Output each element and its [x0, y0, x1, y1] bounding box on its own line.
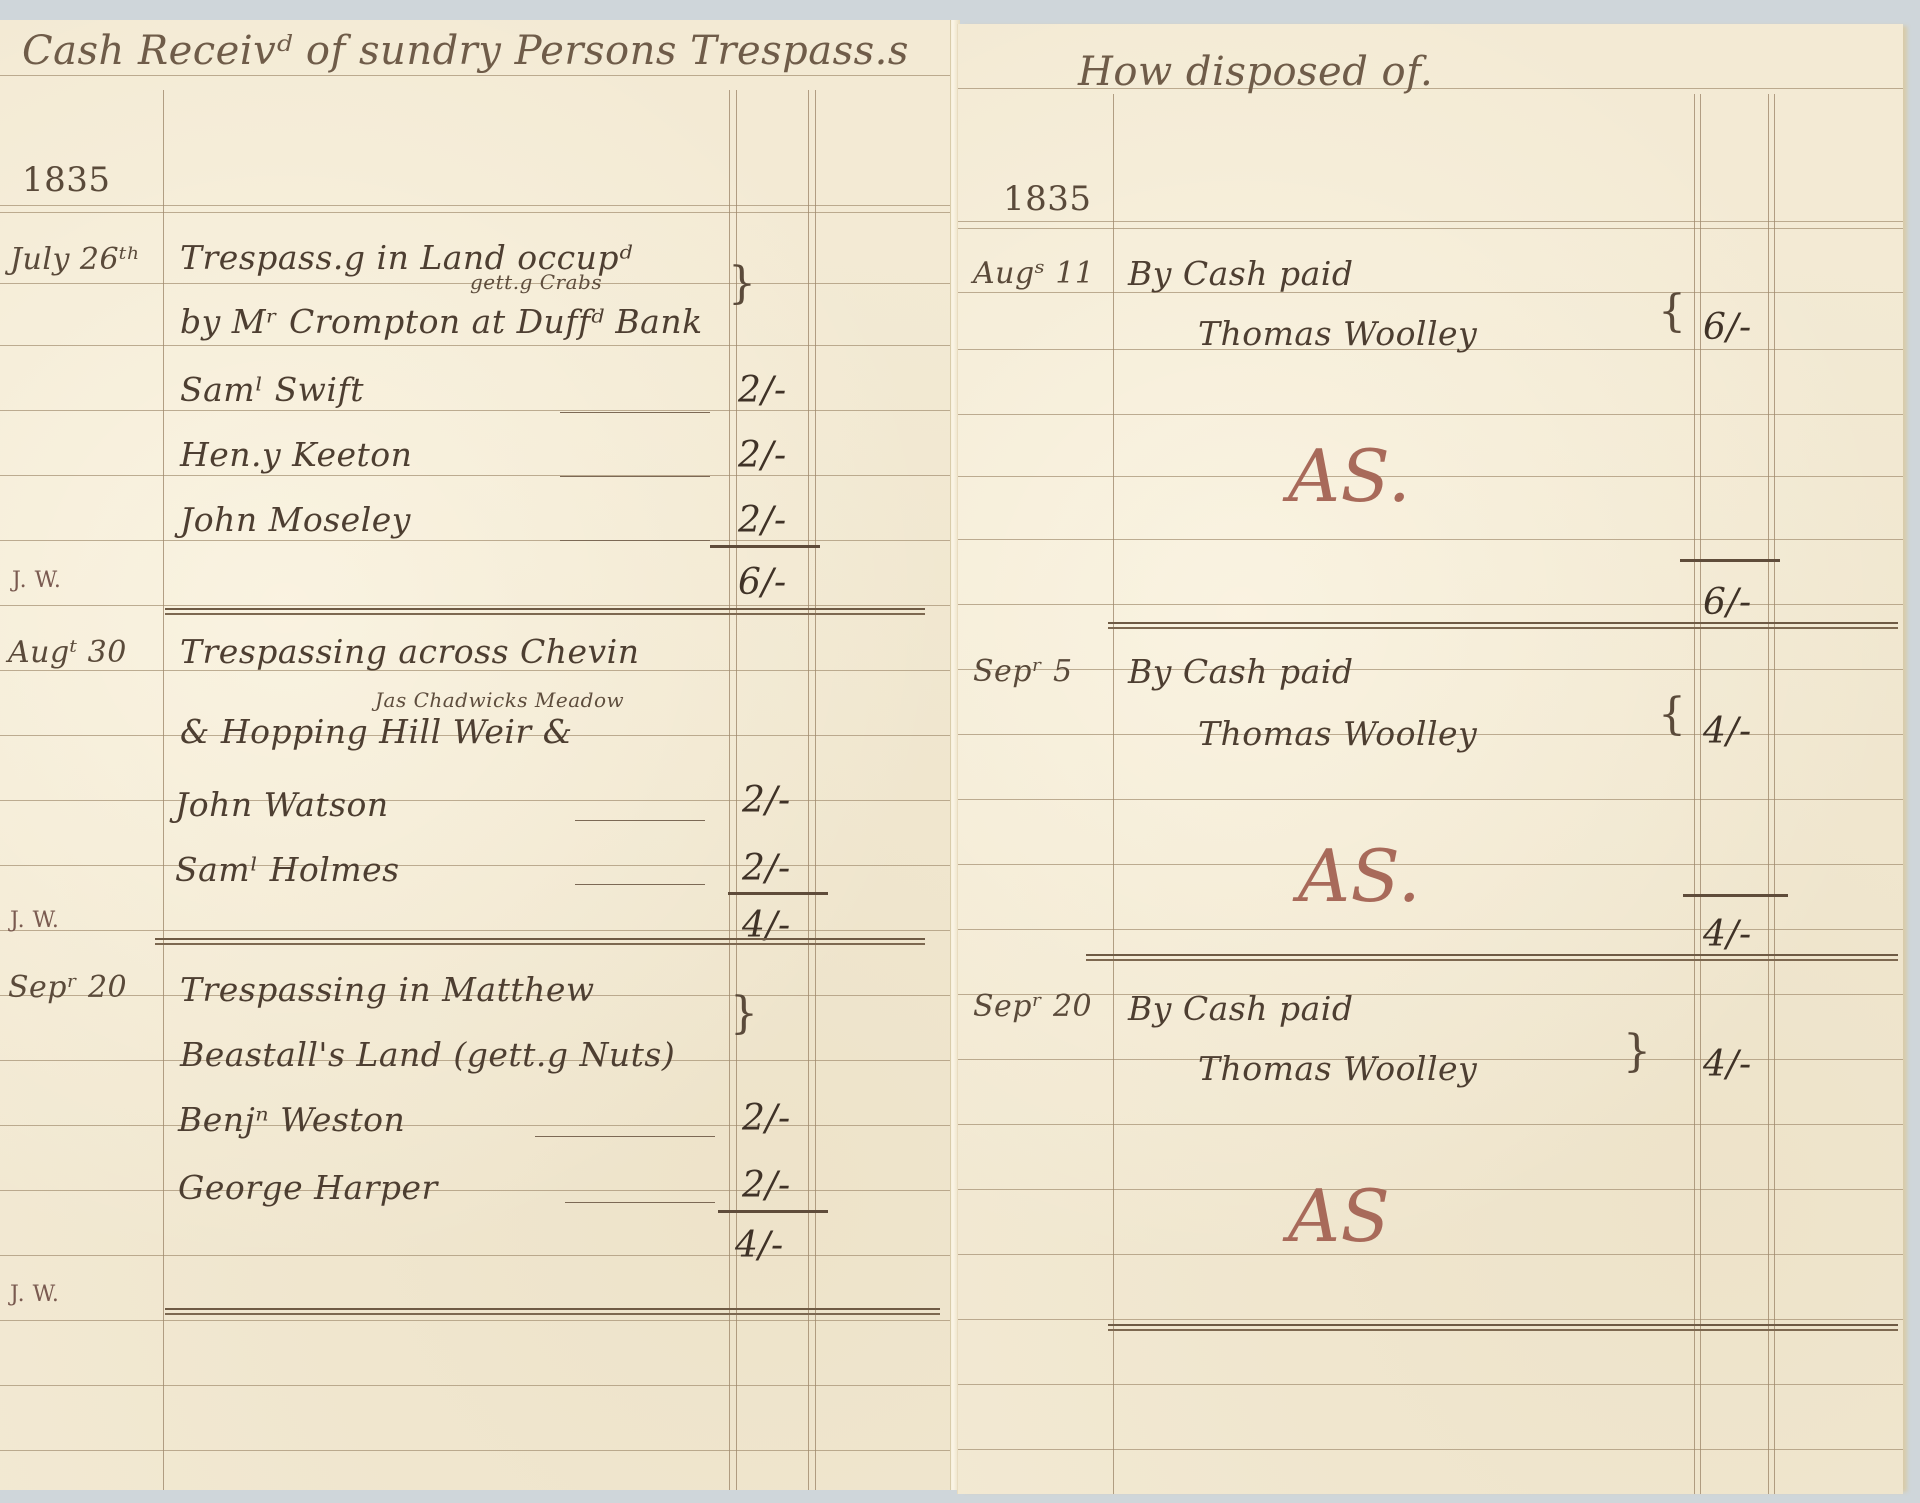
right-page-how-disposed: How disposed of. 1835 Augˢ 11 By Cash pa…	[957, 24, 1903, 1494]
ruled-line	[958, 228, 1903, 229]
initials: J. W.	[12, 568, 61, 593]
page-header: How disposed of.	[1078, 49, 1433, 95]
amount-column-rule	[1774, 94, 1775, 1494]
amount: 4/-	[1703, 1044, 1752, 1085]
entry-date: Augᵗ 30	[8, 635, 127, 670]
ruled-line	[958, 476, 1903, 477]
ruled-line	[958, 1189, 1903, 1190]
entry-separator	[165, 1308, 940, 1315]
person-name: John Watson	[175, 785, 389, 824]
ruled-line	[958, 1449, 1903, 1450]
ruled-line	[958, 864, 1903, 865]
year-label: 1835	[1003, 179, 1092, 219]
initials: J. W.	[10, 1282, 59, 1307]
brace: }	[728, 258, 756, 309]
leader-line	[560, 476, 710, 477]
date-column-rule	[1113, 94, 1114, 1494]
person-name: Benjⁿ Weston	[178, 1100, 405, 1139]
leader-line	[565, 1202, 715, 1203]
amount: 2/-	[738, 370, 787, 411]
payee-name: Thomas Woolley	[1198, 314, 1477, 353]
ruled-line	[958, 929, 1903, 930]
leader-line	[575, 820, 705, 821]
ruled-line	[958, 669, 1903, 670]
entry-description: Trespass.g in Land occupᵈ	[180, 238, 633, 277]
brace: {	[1658, 286, 1686, 337]
amount-column-rule	[1700, 94, 1701, 1494]
header-rule	[0, 75, 950, 76]
entry-separator	[165, 608, 925, 615]
ruled-line	[958, 1319, 1903, 1320]
amount: 2/-	[742, 848, 791, 889]
amount: 2/-	[742, 1098, 791, 1139]
entry-description: & Hopping Hill Weir &	[180, 712, 573, 751]
entry-separator	[155, 938, 925, 945]
entry-description: by Mʳ Crompton at Duffᵈ Bank	[180, 302, 703, 341]
left-page-cash-received: Cash Receivᵈ of sundry Persons Trespass.…	[0, 20, 951, 1490]
person-name: George Harper	[178, 1168, 438, 1207]
leader-line	[575, 884, 705, 885]
entry-date: Augˢ 11	[973, 256, 1095, 291]
payee-name: Thomas Woolley	[1198, 714, 1477, 753]
leader-line	[560, 412, 710, 413]
entry-date: July 26ᵗʰ	[10, 242, 140, 277]
entry-separator	[1086, 954, 1898, 961]
entry-date: Sepʳ 20	[8, 970, 127, 1005]
person-name: John Moseley	[180, 500, 411, 539]
total-bar	[1683, 894, 1788, 897]
ruled-line	[958, 221, 1903, 222]
leader-line	[535, 1136, 715, 1137]
entry-line1: By Cash paid	[1128, 652, 1353, 691]
person-name: Samˡ Holmes	[175, 850, 400, 889]
entry-date: Sepʳ 5	[973, 654, 1073, 689]
entry-description: Trespassing across Chevin	[180, 632, 639, 671]
entry-description: Trespassing in Matthew	[180, 970, 595, 1009]
ruled-line	[958, 1384, 1903, 1385]
entry-separator	[1108, 1324, 1898, 1331]
total-bar	[710, 545, 820, 548]
entry-total: 6/-	[738, 562, 787, 603]
entry-total: 4/-	[735, 1225, 784, 1266]
ruled-line	[958, 414, 1903, 415]
date-column-rule	[163, 90, 164, 1490]
leader-line	[560, 540, 710, 541]
signature-initials: AS	[1288, 1174, 1390, 1258]
brace: }	[1623, 1026, 1651, 1077]
entry-separator	[1108, 622, 1898, 629]
amount-column-rule	[1768, 94, 1769, 1494]
ruled-line	[958, 1254, 1903, 1255]
signature-initials: AS.	[1288, 434, 1411, 518]
ruled-line	[958, 1124, 1903, 1125]
initials: J. W.	[10, 908, 59, 933]
amount: 4/-	[1703, 711, 1752, 752]
amount-column-rule	[808, 90, 809, 1490]
entry-date: Sepʳ 20	[973, 989, 1092, 1024]
ruled-line	[958, 604, 1903, 605]
amount: 2/-	[742, 1165, 791, 1206]
amount: 2/-	[742, 780, 791, 821]
total-bar	[718, 1210, 828, 1213]
ruled-line	[958, 292, 1903, 293]
amount: 2/-	[738, 435, 787, 476]
entry-line1: By Cash paid	[1128, 254, 1353, 293]
entry-description: Beastall's Land (gett.g Nuts)	[180, 1035, 675, 1074]
ruled-line	[958, 799, 1903, 800]
person-name: Samˡ Swift	[180, 370, 364, 409]
ruled-line	[958, 539, 1903, 540]
entry-total: 6/-	[1703, 582, 1752, 623]
amount: 2/-	[738, 500, 787, 541]
amount-column-rule	[815, 90, 816, 1490]
payee-name: Thomas Woolley	[1198, 1049, 1477, 1088]
amount: 6/-	[1703, 307, 1752, 348]
interlinear-note: Jas Chadwicks Meadow	[375, 688, 624, 712]
entry-line1: By Cash paid	[1128, 989, 1353, 1028]
person-name: Hen.y Keeton	[180, 435, 412, 474]
ruled-line	[958, 994, 1903, 995]
year-label: 1835	[22, 160, 111, 200]
entry-total: 4/-	[1703, 914, 1752, 955]
page-header: Cash Receivᵈ of sundry Persons Trespass.…	[22, 28, 909, 74]
amount-column-rule	[1694, 94, 1695, 1494]
brace: {	[1658, 689, 1686, 740]
signature-initials: AS.	[1298, 834, 1421, 918]
brace: }	[730, 988, 758, 1039]
total-bar	[728, 892, 828, 895]
total-bar	[1680, 559, 1780, 562]
